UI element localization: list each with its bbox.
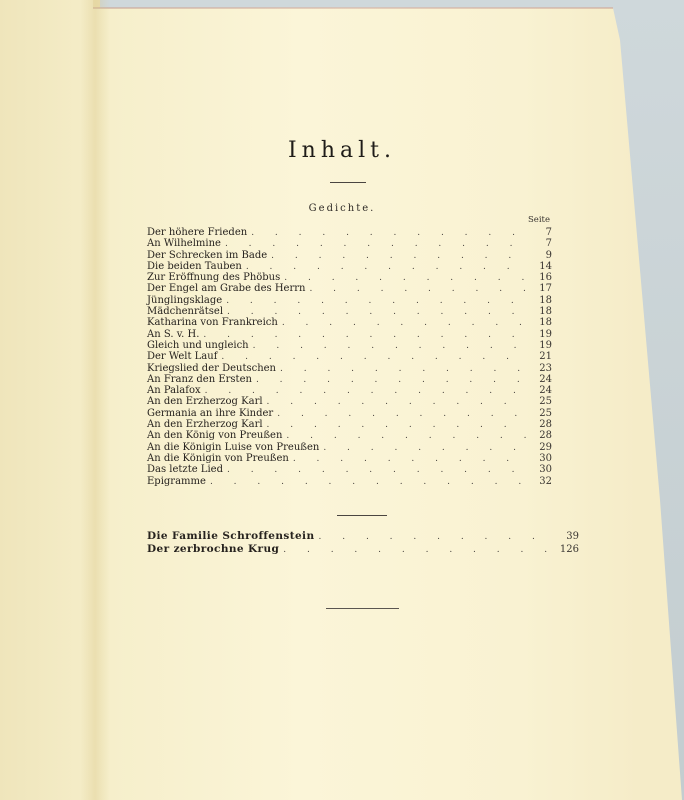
toc-entry: Kriegslied der Deutschen23 <box>147 363 552 374</box>
toc-entry: An den König von Preußen28 <box>147 430 552 441</box>
toc-entry: Der Schrecken im Bade9 <box>147 250 552 261</box>
toc-entry: An die Königin Luise von Preußen29 <box>147 442 552 453</box>
entry-title: Mädchenrätsel <box>147 306 227 317</box>
toc-entry: An Wilhelmine7 <box>147 238 552 249</box>
title-divider <box>330 182 366 183</box>
leader-dots <box>282 318 526 329</box>
entry-page: 18 <box>526 317 552 328</box>
toc-entry: An Franz den Ersten24 <box>147 374 552 385</box>
leader-dots <box>253 341 526 352</box>
leader-dots <box>323 443 526 454</box>
entry-title: Katharina von Frankreich <box>147 317 282 328</box>
entry-title: Die Familie Schroffenstein <box>147 530 319 543</box>
closing-divider <box>326 608 399 609</box>
toc-entry: Der Welt Lauf21 <box>147 351 552 362</box>
toc-entry: An S. v. H.19 <box>147 329 552 340</box>
leader-dots <box>283 544 549 557</box>
entry-page: 16 <box>526 272 552 283</box>
entry-page: 24 <box>526 374 552 385</box>
toc-entry: Der zerbrochne Krug126 <box>147 543 579 556</box>
page-column-label: Seite <box>510 215 550 225</box>
leader-dots <box>267 397 526 408</box>
toc-entry: Jünglingsklage18 <box>147 295 552 306</box>
leader-dots <box>226 296 526 307</box>
entry-page: 19 <box>526 340 552 351</box>
entry-page: 39 <box>549 531 579 544</box>
entry-title: An Palafox <box>147 385 205 396</box>
entry-page: 21 <box>526 351 552 362</box>
section-heading-poems: Gedichte. <box>0 203 684 214</box>
toc-entry: Gleich und ungleich19 <box>147 340 552 351</box>
entry-title: Kriegslied der Deutschen <box>147 363 280 374</box>
entry-page: 28 <box>526 419 552 430</box>
dramas-list: Die Familie Schroffenstein39 Der zerbroc… <box>147 530 579 555</box>
entry-title: An den Erzherzog Karl <box>147 396 267 407</box>
entry-page: 28 <box>526 430 552 441</box>
table-of-contents-page: Inhalt. Gedichte. Seite Der höhere Fried… <box>0 0 684 800</box>
entry-title: Der höhere Frieden <box>147 227 251 238</box>
entry-page: 7 <box>526 227 552 238</box>
entry-page: 14 <box>526 261 552 272</box>
entry-title: An S. v. H. <box>147 329 203 340</box>
entry-title: An Wilhelmine <box>147 238 225 249</box>
entry-title: Das letzte Lied <box>147 464 227 475</box>
entry-title: Epigramme <box>147 476 210 487</box>
entry-page: 126 <box>549 544 579 557</box>
toc-entry: Epigramme32 <box>147 476 552 487</box>
entry-page: 9 <box>526 250 552 261</box>
entry-title: Der zerbrochne Krug <box>147 543 283 556</box>
section-divider <box>337 515 387 516</box>
page-title: Inhalt. <box>0 138 684 163</box>
leader-dots <box>284 273 526 284</box>
leader-dots <box>227 465 526 476</box>
entry-page: 29 <box>526 442 552 453</box>
entry-title: Gleich und ungleich <box>147 340 253 351</box>
poems-list: Der höhere Frieden7 An Wilhelmine7 Der S… <box>147 227 552 487</box>
entry-page: 30 <box>526 453 552 464</box>
entry-page: 18 <box>526 295 552 306</box>
entry-page: 32 <box>526 476 552 487</box>
toc-entry: An den Erzherzog Karl25 <box>147 396 552 407</box>
toc-entry: Die Familie Schroffenstein39 <box>147 530 579 543</box>
entry-page: 19 <box>526 329 552 340</box>
entry-title: An die Königin Luise von Preußen <box>147 442 323 453</box>
leader-dots <box>293 454 526 465</box>
entry-page: 7 <box>526 238 552 249</box>
entry-page: 25 <box>526 396 552 407</box>
leader-dots <box>271 251 526 262</box>
toc-entry: An die Königin von Preußen30 <box>147 453 552 464</box>
entry-page: 17 <box>526 283 552 294</box>
leader-dots <box>210 477 526 488</box>
entry-page: 24 <box>526 385 552 396</box>
leader-dots <box>256 375 526 386</box>
entry-title: Der Welt Lauf <box>147 351 221 362</box>
entry-title: An die Königin von Preußen <box>147 453 293 464</box>
toc-entry: Zur Eröffnung des Phöbus16 <box>147 272 552 283</box>
entry-title: An den Erzherzog Karl <box>147 419 267 430</box>
toc-entry: Die beiden Tauben14 <box>147 261 552 272</box>
toc-entry: Germania an ihre Kinder25 <box>147 408 552 419</box>
toc-entry: Katharina von Frankreich18 <box>147 317 552 328</box>
entry-page: 25 <box>526 408 552 419</box>
toc-entry: Mädchenrätsel18 <box>147 306 552 317</box>
entry-title: Der Schrecken im Bade <box>147 250 271 261</box>
entry-title: An den König von Preußen <box>147 430 286 441</box>
entry-title: Germania an ihre Kinder <box>147 408 277 419</box>
leader-dots <box>309 284 526 295</box>
leader-dots <box>251 228 526 239</box>
leader-dots <box>277 409 526 420</box>
entry-title: Jünglingsklage <box>147 295 226 306</box>
entry-page: 23 <box>526 363 552 374</box>
entry-title: Der Engel am Grabe des Herrn <box>147 283 309 294</box>
leader-dots <box>280 364 526 375</box>
entry-page: 18 <box>526 306 552 317</box>
toc-entry: An Palafox24 <box>147 385 552 396</box>
entry-page: 30 <box>526 464 552 475</box>
entry-title: Zur Eröffnung des Phöbus <box>147 272 284 283</box>
toc-entry: An den Erzherzog Karl28 <box>147 419 552 430</box>
leader-dots <box>267 420 526 431</box>
leader-dots <box>319 531 550 544</box>
toc-entry: Der höhere Frieden7 <box>147 227 552 238</box>
leader-dots <box>246 262 526 273</box>
toc-entry: Das letzte Lied30 <box>147 464 552 475</box>
entry-title: Die beiden Tauben <box>147 261 246 272</box>
entry-title: An Franz den Ersten <box>147 374 256 385</box>
toc-entry: Der Engel am Grabe des Herrn17 <box>147 283 552 294</box>
